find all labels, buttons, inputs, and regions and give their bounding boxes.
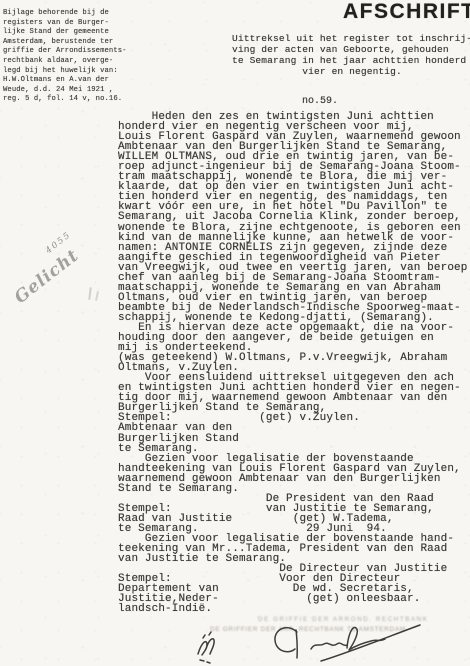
document-page: AFSCHRIFT Bijlage behorende bij de regis… <box>0 0 470 666</box>
handwritten-annotation: Gelicht <box>11 245 83 307</box>
intro-paragraph: Uittreksel uit het register tot inschrij… <box>232 33 470 77</box>
act-number: no.59. <box>302 96 338 107</box>
header-title: AFSCHRIFT <box>343 0 470 24</box>
margin-note: Bijlage behorende bij de registers van d… <box>3 9 127 105</box>
ink-bleed-mark <box>88 287 91 300</box>
body-text: Heden den zes en twintigsten Juni achtti… <box>118 112 468 614</box>
ink-bleed-mark <box>95 291 99 301</box>
signature-marks <box>180 618 442 666</box>
paraph-stroke <box>198 642 207 655</box>
